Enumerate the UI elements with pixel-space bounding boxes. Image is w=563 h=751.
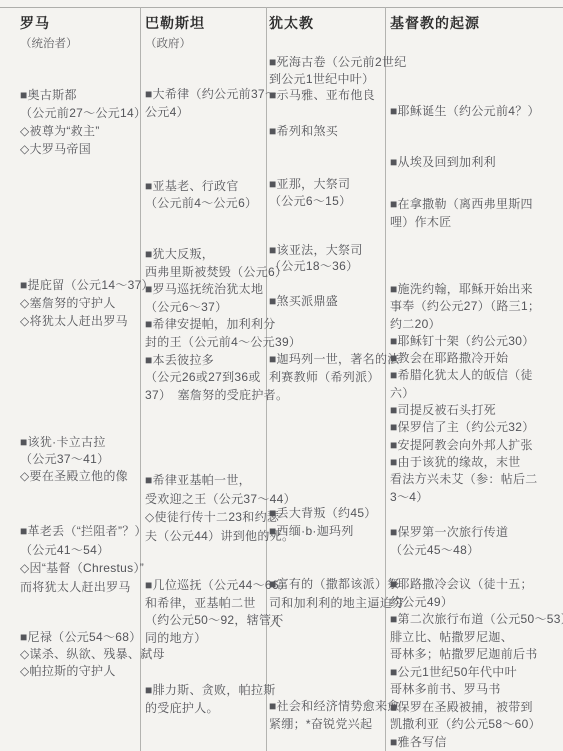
- timeline-entry-line: ■施洗约翰，耶稣开始出来: [390, 281, 540, 298]
- timeline-entry-line: ■从埃及回到加利利: [390, 154, 496, 171]
- timeline-entry-line: ■保罗第一次旅行传道: [390, 524, 508, 542]
- timeline-entry-line: ■丢大背叛（约45）: [269, 505, 377, 523]
- column-rome-header: 罗马: [20, 13, 50, 33]
- timeline-entry: ■奥古斯都（公元前27～公元14）◇被尊为“救主”◇大罗马帝国: [20, 86, 146, 158]
- timeline-entry-line: 利赛教师（希列派）: [269, 368, 400, 386]
- timeline-entry-line: ■奥古斯都: [20, 86, 146, 104]
- timeline-entry-line: 凯撒利亚（约公元58～60）: [390, 716, 563, 734]
- timeline-entry-line: （公元6～15）: [269, 193, 351, 210]
- timeline-entry-line: 到公元1世纪中叶）: [269, 71, 407, 88]
- timeline-entry: ■煞买派鼎盛: [269, 293, 338, 309]
- column-palestine-subheader: （政府）: [145, 35, 191, 51]
- timeline-entry-line: 看法方兴未艾（参：帖后二: [390, 471, 540, 488]
- timeline-entry-line: 哥林多；帖撒罗尼迦前后书: [390, 646, 563, 664]
- timeline-entry: ■富有的（撒都该派）祭司和加利利的地主逼迫穷人: [269, 575, 404, 632]
- timeline-entry: ■亚基老、行政官（公元前4～公元6）: [145, 178, 257, 212]
- timeline-entry: ■从埃及回到加利利: [390, 154, 496, 171]
- timeline-entry: ■丢大背叛（约45）■西缅·b·迦玛列: [269, 505, 377, 540]
- timeline-entry-line: （公元41～54）: [20, 541, 147, 560]
- timeline-entry-line: ■该亚法，大祭司: [269, 242, 363, 258]
- timeline-entry-line: ■希列和煞买: [269, 123, 338, 139]
- timeline-entry-line: ■在拿撒勒（离西弗里斯四: [390, 196, 533, 214]
- timeline-entry-line: ■煞买派鼎盛: [269, 293, 338, 309]
- timeline-entry-line: 3～4）: [390, 489, 540, 506]
- timeline-entry-line: ■腓力斯、贪败，帕拉斯: [145, 682, 276, 700]
- timeline-entry-line: ■耶稣诞生（约公元前4？）: [390, 103, 540, 120]
- timeline-entry: ■腓力斯、贪败，帕拉斯的受庇护人。: [145, 682, 276, 717]
- timeline-entry: ■提庇留（公元14～37）◇塞詹努的守护人◇将犹太人赶出罗马: [20, 276, 154, 330]
- timeline-entry-line: 人: [269, 613, 404, 632]
- timeline-entry-line: ■死海古卷（公元前2世纪: [269, 54, 407, 71]
- timeline-entry-line: 约二20）: [390, 316, 540, 333]
- timeline-entry: ■亚那，大祭司（公元6～15）: [269, 176, 351, 209]
- timeline-entry-line: ■亚那，大祭司: [269, 176, 351, 193]
- timeline-entry-line: ■公元1世纪50年代中叶: [390, 664, 563, 682]
- timeline-entry-line: ◇被尊为“救主”: [20, 122, 146, 140]
- timeline-entry: ■该亚法，大祭司（公元18～36）: [269, 242, 363, 274]
- timeline-entry-line: ◇帕拉斯的守护人: [20, 663, 165, 680]
- timeline-entry-line: ■亚基老、行政官: [145, 178, 257, 195]
- timeline-entry-line: ■尼禄（公元54～68）: [20, 629, 165, 646]
- timeline-entry-line: ◇要在圣殿立他的像: [20, 468, 128, 485]
- timeline-entry-line: ■该犹·卡立古拉: [20, 434, 128, 451]
- timeline-entry-line: ◇谋杀、纵欲、残暴、弑母: [20, 646, 165, 663]
- timeline-entry: ■尼禄（公元54～68）◇谋杀、纵欲、残暴、弑母◇帕拉斯的守护人: [20, 629, 165, 680]
- timeline-entry-line: 事奉（约公元27）（路三1；: [390, 298, 540, 315]
- timeline-entry-line: （公元37～41）: [20, 451, 128, 468]
- timeline-entry-line: ■教会在耶路撒冷开始: [390, 350, 540, 367]
- timeline-entry: ■保罗第一次旅行传道（公元45～48）: [390, 524, 508, 559]
- timeline-entry: ■迦玛列一世，著名的法利赛教师（希列派）: [269, 350, 400, 386]
- timeline-entry: ■希列和煞买: [269, 123, 338, 139]
- column-christian-origins: 基督教的起源 ■耶稣诞生（约公元前4？）■从埃及回到加利利■在拿撒勒（离西弗里斯…: [390, 0, 561, 751]
- timeline-entry-line: ■社会和经济情势愈来愈: [269, 698, 400, 716]
- timeline-entry-line: 哥林多前书、罗马书: [390, 681, 563, 699]
- timeline-entry-line: 紧绷；*奋锐党兴起: [269, 716, 400, 734]
- timeline-entry-line: ■保罗在圣殿被捕，被带到: [390, 699, 563, 717]
- timeline-entry-line: ■由于该犹的缘故，末世: [390, 454, 540, 471]
- timeline-entry-line: ■第二次旅行布道（公元50～53）；: [390, 611, 563, 629]
- timeline-entry: ■社会和经济情势愈来愈紧绷；*奋锐党兴起: [269, 698, 400, 733]
- timeline-entry-line: ■司提反被石头打死: [390, 402, 540, 419]
- timeline-entry-line: （公元18～36）: [269, 258, 363, 274]
- timeline-entry-line: 哩）作木匠: [390, 214, 533, 232]
- timeline-entry-line: ■西缅·b·迦玛列: [269, 523, 377, 541]
- column-christian-origins-header: 基督教的起源: [390, 13, 480, 33]
- timeline-entry-line: ■安提阿教会向外邦人扩张: [390, 437, 540, 454]
- timeline-entry: ■耶稣诞生（约公元前4？）: [390, 103, 540, 120]
- timeline-entry-line: ■希腊化犹太人的皈信（徒: [390, 367, 540, 384]
- timeline-entry-line: ◇将犹太人赶出罗马: [20, 312, 154, 330]
- timeline-entry-line: ■保罗信了主（约公元32）: [390, 419, 540, 436]
- timeline-entry-line: （公元前4～公元6）: [145, 195, 257, 212]
- timeline-entry-line: ◇大罗马帝国: [20, 140, 146, 158]
- timeline-entry-line: ◇塞詹努的守护人: [20, 294, 154, 312]
- timeline-entry-line: ■耶路撒冷会议（徒十五；: [390, 576, 563, 594]
- column-rome-subheader: （统治者）: [20, 35, 78, 51]
- timeline-entry-line: 司和加利利的地主逼迫穷: [269, 594, 404, 613]
- timeline-entry: ■施洗约翰，耶稣开始出来事奉（约公元27）（路三1；约二20）■耶稣钉十架（约公…: [390, 281, 540, 506]
- scanned-timeline-page: 罗马 （统治者） ■奥古斯都（公元前27～公元14）◇被尊为“救主”◇大罗马帝国…: [0, 0, 563, 751]
- timeline-entry-line: 而将犹太人赶出罗马: [20, 578, 147, 597]
- timeline-entry: ■该犹·卡立古拉（公元37～41）◇要在圣殿立他的像: [20, 434, 128, 485]
- timeline-entry-line: ■革老丢（“拦阻者”？）: [20, 522, 147, 541]
- column-palestine: 巴勒斯坦 （政府） ■大希律（约公元前37～公元4）■亚基老、行政官（公元前4～…: [145, 0, 264, 751]
- timeline-entry-line: ■富有的（撒都该派）祭: [269, 575, 404, 594]
- timeline-entry-line: （公元45～48）: [390, 542, 508, 560]
- timeline-entry-line: 约公元49）: [390, 594, 563, 612]
- timeline-entry-line: ■示马雅、亚布他良: [269, 87, 407, 104]
- timeline-entry: ■大希律（约公元前37～公元4）: [145, 86, 277, 121]
- timeline-entry: ■死海古卷（公元前2世纪到公元1世纪中叶）■示马雅、亚布他良: [269, 54, 407, 104]
- timeline-entry: ■耶路撒冷会议（徒十五；约公元49）■第二次旅行布道（公元50～53）；腓立比、…: [390, 576, 563, 751]
- timeline-entry-line: 公元4）: [145, 104, 277, 122]
- timeline-entry-line: ◇因“基督（Chrestus）”: [20, 559, 147, 578]
- timeline-entry-line: 六）: [390, 385, 540, 402]
- timeline-entry: ■在拿撒勒（离西弗里斯四哩）作木匠: [390, 196, 533, 231]
- column-palestine-header: 巴勒斯坦: [145, 13, 205, 33]
- timeline-entry-line: ■大希律（约公元前37～: [145, 86, 277, 104]
- timeline-entry-line: （公元前27～公元14）: [20, 104, 146, 122]
- column-rome: 罗马 （统治者） ■奥古斯都（公元前27～公元14）◇被尊为“救主”◇大罗马帝国…: [20, 0, 138, 751]
- timeline-entry-line: ■耶稣钉十架（约公元30）: [390, 333, 540, 350]
- timeline-entry-line: ■迦玛列一世，著名的法: [269, 350, 400, 368]
- timeline-entry-line: ■提庇留（公元14～37）: [20, 276, 154, 294]
- timeline-entry-line: ■雅各写信: [390, 734, 563, 751]
- column-judaism: 犹太教 ■死海古卷（公元前2世纪到公元1世纪中叶）■示马雅、亚布他良■希列和煞买…: [269, 0, 383, 751]
- timeline-entry-line: 的受庇护人。: [145, 700, 276, 718]
- timeline-entry: ■革老丢（“拦阻者”？）（公元41～54）◇因“基督（Chrestus）”而将犹…: [20, 522, 147, 596]
- column-judaism-header: 犹太教: [269, 13, 314, 33]
- timeline-entry-line: 腓立比、帖撒罗尼迦、: [390, 629, 563, 647]
